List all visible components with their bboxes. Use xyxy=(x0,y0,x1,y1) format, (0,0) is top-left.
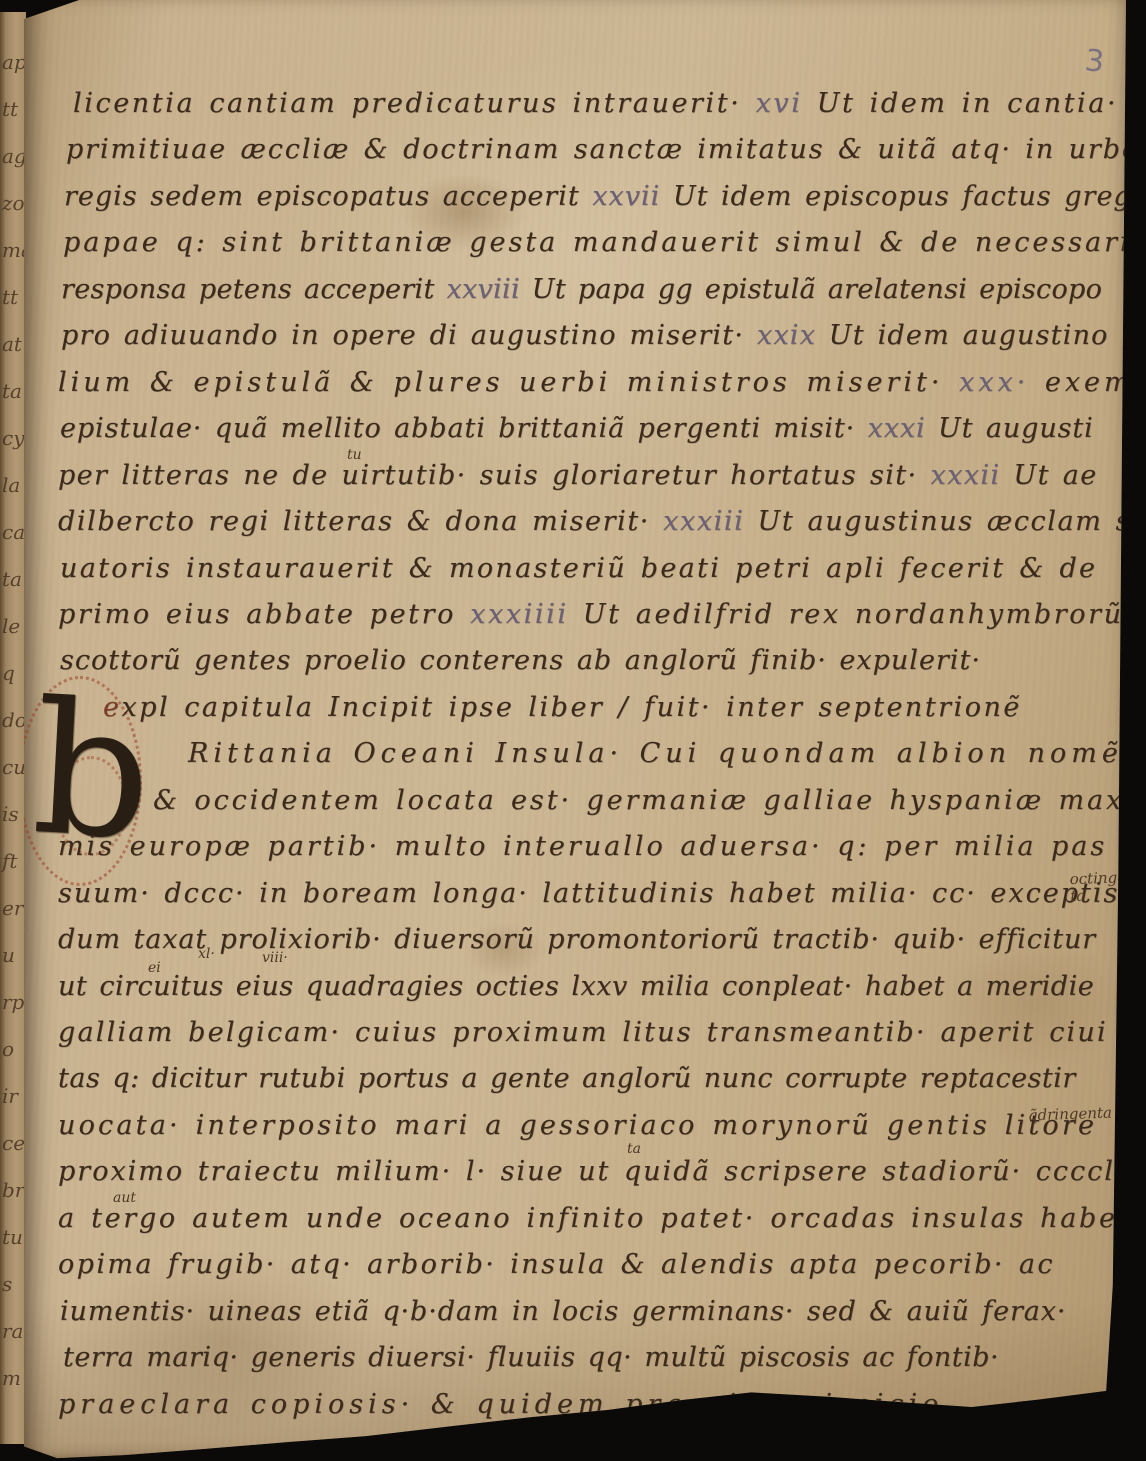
facing-page-letter-fragment: ta xyxy=(2,379,22,403)
facing-page-letter-fragment: br xyxy=(2,1178,24,1202)
text-segment: primitiuae æccliæ & doctrinam sanctæ imi… xyxy=(66,134,1140,165)
text-segment: galliam belgicam· cuius proximum litus t… xyxy=(58,1017,1108,1048)
facing-page-letter-fragment: rp xyxy=(2,990,24,1014)
margin-note-line: q̃dringenta xyxy=(1028,1105,1112,1125)
text-segment: Ut idem augustino pal xyxy=(816,320,1146,351)
text-segment: tas q: dicitur rutubi portus a gente ang… xyxy=(58,1063,1076,1094)
text-line: scottorũ gentes proelio conterens ab ang… xyxy=(60,641,981,681)
text-line: suum· dccc· in boream longa· lattitudini… xyxy=(58,874,1119,914)
text-segment: papae q: sint brittaniæ gesta mandauerit… xyxy=(63,227,1146,258)
facing-page-letter-fragment: u xyxy=(2,943,15,967)
text-segment-num: xxxi xyxy=(868,413,926,444)
interlinear-gloss: xl· xyxy=(198,946,215,962)
text-line: uocata· interposito mari a gessoriaco mo… xyxy=(58,1106,1097,1146)
facing-page-letter-fragment: ce xyxy=(2,1131,25,1155)
folio-number: 3 xyxy=(1083,43,1106,80)
facing-page-edge: apttagzomattattacylacataleqdocuisfterurp… xyxy=(0,12,26,1444)
interlinear-gloss: ei xyxy=(148,960,161,976)
text-segment: Ut idem in cantia· xyxy=(803,88,1119,119)
text-line: uatoris instaurauerit & monasteriũ beati… xyxy=(60,549,1097,589)
margin-note-line: ta xyxy=(1070,886,1137,905)
facing-page-letter-fragment: ra xyxy=(2,1319,23,1343)
facing-page-letter-fragment: le xyxy=(2,614,20,638)
facing-page-letter-fragment: o xyxy=(2,1037,14,1061)
text-segment-num: xxxiii xyxy=(663,506,744,537)
text-line: pro adiuuando in opere di augustino mise… xyxy=(61,316,1146,356)
text-segment: responsa petens acceperit xyxy=(61,274,446,305)
facing-page-letter-fragment: tu xyxy=(2,1225,23,1249)
text-segment-num: xvi xyxy=(756,88,803,119)
facing-page-letter-fragment: er xyxy=(2,896,23,920)
text-line: regis sedem episcopatus acceperit xxvii … xyxy=(64,177,1146,217)
text-line: terra mariq· generis diuersi· fluuiis qq… xyxy=(63,1338,999,1378)
text-segment: exemplar xyxy=(1029,367,1146,398)
text-segment: Ut ae xyxy=(1000,460,1097,491)
text-segment: xpl capitula Incipit ipse liber / fuit· … xyxy=(121,692,1021,723)
text-line: per litteras ne de uirtutib· suis gloria… xyxy=(58,456,1098,496)
text-segment: lium & epistulã & plures uerbi ministros… xyxy=(58,367,959,398)
facing-page-letter-fragment: is xyxy=(2,802,19,826)
text-line: proximo traiectu milium· l· siue ut quid… xyxy=(58,1152,1146,1192)
text-segment: mis europæ partib· multo interuallo adue… xyxy=(58,831,1107,862)
text-segment: Rittania Oceani Insula· Cui quondam albi… xyxy=(188,738,1123,769)
text-line: licentia cantiam predicaturus intrauerit… xyxy=(73,84,1118,124)
facing-page-letter-fragment: ta xyxy=(2,567,22,591)
text-segment: epistulae· quã mellito abbati brittaniã … xyxy=(60,413,868,444)
text-line: dilbercto regi litteras & dona miserit· … xyxy=(58,502,1146,542)
facing-page-letter-fragment: ir xyxy=(2,1084,18,1108)
text-segment: suum· dccc· in boream longa· lattitudini… xyxy=(58,878,1119,909)
text-segment: praeclara copiosis· & quidem praecipue i… xyxy=(58,1389,943,1420)
text-segment-num: xxviii xyxy=(446,274,519,305)
text-segment: primo eius abbate petro xyxy=(58,599,470,630)
interlinear-gloss: aut xyxy=(113,1190,136,1206)
text-line: a tergo autem unde oceano infinito patet… xyxy=(58,1199,1143,1239)
text-segment: uocata· interposito mari a gessoriaco mo… xyxy=(58,1110,1097,1141)
text-line: papae q: sint brittaniæ gesta mandauerit… xyxy=(63,223,1146,263)
text-segment: dilbercto regi litteras & dona miserit· xyxy=(58,506,663,537)
text-line: mis europæ partib· multo interuallo adue… xyxy=(58,827,1107,867)
text-segment: ut circuitus eius quadragies octies lxxv… xyxy=(58,971,1094,1002)
facing-page-letter-fragment: ag xyxy=(2,144,26,168)
facing-page-letter-fragment: cu xyxy=(2,755,26,779)
text-line: lium & epistulã & plures uerbi ministros… xyxy=(58,363,1146,403)
facing-page-letter-fragment: la xyxy=(2,473,20,497)
text-segment-num: xxvii xyxy=(592,181,660,212)
facing-page-letter-fragment: q xyxy=(2,661,15,685)
text-segment-num: xxx· xyxy=(959,367,1029,398)
text-segment: licentia cantiam predicaturus intrauerit… xyxy=(73,88,756,119)
text-segment: uatoris instaurauerit & monasteriũ beati… xyxy=(60,553,1097,584)
facing-page-letter-fragment: do xyxy=(2,708,26,732)
text-segment: & occidentem locata est· germaniæ gallia… xyxy=(153,785,1136,816)
facing-page-letter-fragment: ap xyxy=(2,50,26,74)
manuscript-photo: apttagzomattattacylacataleqdocuisfterurp… xyxy=(0,0,1146,1461)
text-segment: Ut papa gg epistulã arelatensi episcopo xyxy=(520,274,1102,305)
text-segment: Ut augusti xyxy=(926,413,1094,444)
text-segment: Ut augustinus æcclam sal xyxy=(744,506,1146,537)
facing-page-letter-fragment: m xyxy=(2,1366,21,1390)
facing-page-letter-fragment: zo xyxy=(2,191,25,215)
manuscript-page: 3 b licentia cantiam predicaturus intrau… xyxy=(24,0,1126,1461)
facing-page-letter-fragment: s xyxy=(2,1272,12,1296)
text-segment: pro adiuuando in opere di augustino mise… xyxy=(61,320,757,351)
text-segment: Ut idem episcopus factus gregorio xyxy=(660,181,1146,212)
text-line: primitiuae æccliæ & doctrinam sanctæ imi… xyxy=(66,130,1140,170)
text-segment-num: xxxiiii xyxy=(470,599,568,630)
text-line: responsa petens acceperit xxviii Ut papa… xyxy=(61,270,1102,310)
text-segment: opima frugib· atq· arborib· insula & ale… xyxy=(58,1249,1055,1280)
text-segment: proximo traiectu milium· l· siue ut quid… xyxy=(58,1156,1146,1187)
facing-page-letter-fragment: ft xyxy=(2,849,17,873)
text-segment: a tergo autem unde oceano infinito patet… xyxy=(58,1203,1143,1234)
text-line: tas q: dicitur rutubi portus a gente ang… xyxy=(58,1059,1076,1099)
interlinear-gloss: tu xyxy=(347,447,362,463)
facing-page-letter-fragment: ca xyxy=(2,520,25,544)
margin-note-line: octingen xyxy=(1069,869,1136,888)
interlinear-gloss: viii· xyxy=(262,950,288,966)
margin-note: q̃dringenta xyxy=(1028,1105,1112,1125)
margin-note: octingenta xyxy=(1069,869,1136,905)
text-line: & occidentem locata est· germaniæ gallia… xyxy=(153,781,1136,821)
text-segment-rub: e xyxy=(103,692,121,723)
text-segment: Ut aedilfrid rex nordanhymbrorũ xyxy=(569,599,1124,630)
text-segment-num: xxix xyxy=(757,320,816,351)
text-segment: regis sedem episcopatus acceperit xyxy=(64,181,592,212)
text-line: opima frugib· atq· arborib· insula & ale… xyxy=(58,1245,1055,1285)
text-line: primo eius abbate petro xxxiiii Ut aedil… xyxy=(58,595,1124,635)
text-segment-num: xxxii xyxy=(930,460,1000,491)
text-line: galliam belgicam· cuius proximum litus t… xyxy=(58,1013,1108,1053)
text-line: expl capitula Incipit ipse liber / fuit·… xyxy=(103,688,1022,728)
facing-page-letter-fragment: tt xyxy=(2,97,18,121)
facing-page-letter-fragment: tt xyxy=(2,285,18,309)
text-line: Rittania Oceani Insula· Cui quondam albi… xyxy=(188,734,1123,774)
text-line: iumentis· uineas etiã q·b·dam in locis g… xyxy=(60,1292,1066,1332)
text-segment: scottorũ gentes proelio conterens ab ang… xyxy=(60,645,981,676)
text-line: epistulae· quã mellito abbati brittaniã … xyxy=(60,409,1094,449)
text-line: ut circuitus eius quadragies octies lxxv… xyxy=(58,967,1094,1007)
facing-page-letter-fragment: cy xyxy=(2,426,25,450)
facing-page-letter-fragment: at xyxy=(2,332,22,356)
text-segment: per litteras ne de uirtutib· suis gloria… xyxy=(58,460,930,491)
text-line: praeclara copiosis· & quidem praecipue i… xyxy=(58,1385,943,1425)
text-segment: terra mariq· generis diuersi· fluuiis qq… xyxy=(63,1342,999,1373)
facing-page-letter-fragment: ma xyxy=(2,238,26,262)
interlinear-gloss: ta xyxy=(627,1141,641,1157)
text-segment: iumentis· uineas etiã q·b·dam in locis g… xyxy=(60,1296,1066,1327)
